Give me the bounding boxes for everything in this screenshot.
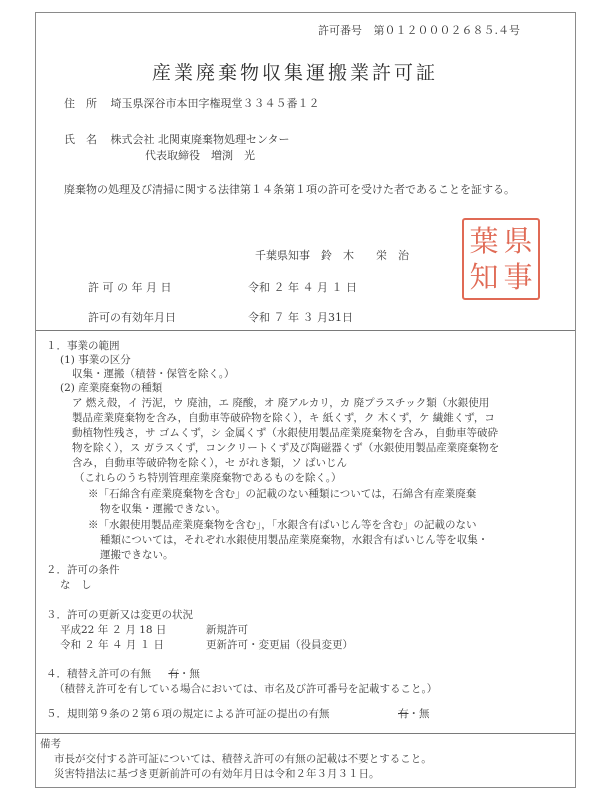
section5-heading: ５．規則第９条の２第６項の規定による許可証の提出の有無 xyxy=(46,708,330,722)
issuer-signature: 千葉県知事 鈴 木 栄 治 xyxy=(255,249,409,263)
official-seal: 葉 県 知 事 xyxy=(462,218,540,300)
certification-statement: 廃棄物の処理及び清掃に関する法律第１４条第１項の許可を受けた者であることを証する… xyxy=(64,183,515,197)
permit-number: 許可番号 第０１２０００２６８５.４号 xyxy=(318,24,520,38)
section1-heading: １．事業の範囲 xyxy=(46,340,120,354)
mercury-note-line: 種類については，それぞれ水銀使用製品産業廃棄物，水銀含有ばいじん等を収集・ xyxy=(100,534,488,548)
name-label: 氏 名 xyxy=(64,133,97,146)
history-date: 平成22 年 ２ 月 18 日 xyxy=(60,624,166,638)
section5-option-yes: 有 xyxy=(398,708,409,720)
representative: 代表取締役 増渕 光 xyxy=(145,149,255,163)
divider-remarks xyxy=(36,733,575,734)
address-row: 住 所 埼玉県深谷市本田字権現堂３３４５番１２ xyxy=(64,97,320,111)
expiry-date-label: 許可の有効年月日 xyxy=(88,311,176,325)
permit-date-value: 令和 ２ 年 ４ 月 １ 日 xyxy=(248,281,357,295)
section1-sub1-value: 収集・運搬（積替・保管を除く。） xyxy=(72,368,235,382)
section4-separator: ・ xyxy=(179,668,190,680)
permit-date-label: 許 可 の 年 月 日 xyxy=(88,281,171,295)
section4-row: ４．積替え許可の有無 有・無 xyxy=(46,668,200,682)
waste-types-line: 含み，自動車等破砕物を除く），セ がれき類，ソ ばいじん xyxy=(72,457,347,471)
section3-heading: ３．許可の更新又は変更の状況 xyxy=(46,609,193,623)
waste-types-exclusion: （これらのうち特別管理産業廃棄物であるものを除く。） xyxy=(74,472,342,486)
section5-options: 有・無 xyxy=(398,708,430,722)
section2-value: な し xyxy=(60,579,92,593)
permit-number-label: 許可番号 xyxy=(318,24,362,37)
expiry-date-value: 令和 ７ 年 ３ 月31日 xyxy=(248,311,353,325)
history-description: 更新許可・変更届（役員変更） xyxy=(206,639,353,653)
section5-separator: ・ xyxy=(409,708,420,720)
seal-char: 県 xyxy=(501,223,535,259)
divider-upper xyxy=(36,330,575,331)
name-value: 株式会社 北関東廃棄物処理センター xyxy=(111,133,290,146)
address-label: 住 所 xyxy=(64,97,97,110)
section4-option-no: 無 xyxy=(189,668,200,680)
section4-option-yes: 有 xyxy=(168,668,179,680)
seal-char: 知 xyxy=(467,259,501,295)
seal-char: 葉 xyxy=(467,223,501,259)
section1-sub1-heading: (1) 事業の区分 xyxy=(60,354,131,368)
permit-number-value: 第０１２０００２６８５.４号 xyxy=(374,24,521,37)
remarks-line: 市長が交付する許可証については、積替え許可の有無の記載は不要とすること。 xyxy=(54,753,432,767)
history-date: 令和 ２ 年 ４ 月 １ 日 xyxy=(60,639,164,653)
remarks-heading: 備考 xyxy=(40,738,61,752)
mercury-note-line: 運搬できない。 xyxy=(100,549,174,563)
address-value: 埼玉県深谷市本田字権現堂３３４５番１２ xyxy=(111,97,320,110)
section1-sub2-heading: (2) 産業廃棄物の種類 xyxy=(60,382,162,396)
waste-types-line: ア 燃え殻，イ 汚泥，ウ 廃油，エ 廃酸，オ 廃アルカリ，カ 廃プラスチック類（… xyxy=(72,397,489,411)
section4-heading: ４．積替え許可の有無 xyxy=(46,668,151,680)
waste-types-line: 製品産業廃棄物を含み，自動車等破砕物を除く），キ 紙くず，ク 木くず，ケ 繊維く… xyxy=(72,412,495,426)
section5-option-no: 無 xyxy=(419,708,430,720)
history-description: 新規許可 xyxy=(206,624,248,638)
remarks-line: 災害特措法に基づき更新前許可の有効年月日は令和２年３月３１日。 xyxy=(54,768,380,782)
page-title: 産業廃棄物収集運搬業許可証 xyxy=(152,58,438,85)
name-row: 氏 名 株式会社 北関東廃棄物処理センター xyxy=(64,133,290,147)
seal-char: 事 xyxy=(501,259,535,295)
section4-note: （積替え許可を有している場合においては、市名及び許可番号を記載すること。） xyxy=(54,683,437,697)
asbestos-note-line: ※「石綿含有産業廃棄物を含む」の記載のない種類については，石綿含有産業廃棄 xyxy=(88,488,476,502)
asbestos-note-line: 物を収集・運搬できない。 xyxy=(100,503,226,517)
waste-types-line: 動植物性残さ，サ ゴムくず，シ 金属くず（水銀使用製品産業廃棄物を含み，自動車等… xyxy=(72,427,498,441)
mercury-note-line: ※「水銀使用製品産業廃棄物を含む」，「水銀含有ばいじん等を含む」の記載のない xyxy=(88,519,477,533)
waste-types-line: 物を除く），ス ガラスくず，コンクリートくず及び陶磁器くず（水銀使用製品産業廃棄… xyxy=(72,442,499,456)
section2-heading: ２．許可の条件 xyxy=(46,564,120,578)
